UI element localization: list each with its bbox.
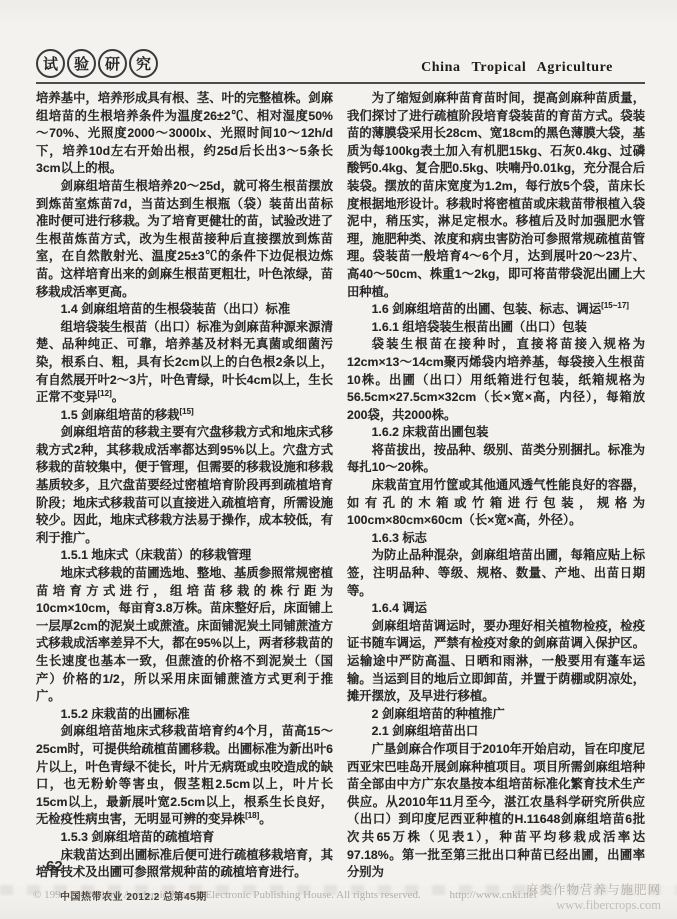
paragraph: 为防止品种混杂，剑麻组培苗出圃，每箱应贴上标签，注明品种、等级、规格、数量、产地… (347, 547, 645, 600)
logo-circled-char: 究 (129, 49, 158, 78)
page-header: 试验研究 China Tropical Agriculture (36, 36, 645, 78)
section-heading: 1.6.2 床栽苗出圃包装 (347, 424, 645, 442)
right-column: 为了缩短剑麻种苗育苗时间，提高剑麻种苗质量，我们探讨了进行疏植阶段培育袋装苗的育… (347, 90, 645, 882)
paragraph: 剑麻组培苗地床式移栽苗培育约4个月，苗高15～25cm时，可提供给疏植苗圃移栽。… (36, 723, 333, 829)
section-heading: 1.5.1 地床式（床栽苗）的移栽管理 (36, 547, 333, 565)
logo-circled-char: 验 (67, 49, 96, 78)
reference-superscript: [12] (98, 389, 112, 398)
journal-page: 试验研究 China Tropical Agriculture 培养基中，培养形… (0, 0, 677, 919)
section-heading: 2 剑麻组培苗的种植推广 (347, 706, 645, 724)
logo-circled-char: 研 (98, 49, 127, 78)
reference-superscript: [18] (245, 811, 259, 820)
paragraph: 袋装生根苗在接种时，直接将苗接入规格为12cm×13～14cm聚丙烯袋内培养基，… (347, 336, 645, 424)
page-number: 62 (46, 858, 63, 875)
paragraph: 组培袋装生根苗（出口）标准为剑麻苗种源来源清楚、品种纯正、可靠，培养基及材料无真… (36, 319, 333, 407)
watermark: 麻类作物营养与施肥网 www.fibercrops.com (526, 883, 661, 913)
paragraph: 床栽苗宜用竹筐或其他通风透气性能良好的容器，如有孔的木箱或竹箱进行包装，规格为1… (347, 477, 645, 530)
paragraph: 将苗拔出，按品种、级别、苗类分别捆扎。标准为每扎10～20株。 (347, 442, 645, 477)
paragraph: 广垦剑麻合作项目于2010年开始启动，旨在印度尼西亚宋巴哇岛开展剑麻种植项目。项… (347, 741, 645, 882)
left-column: 培养基中，培养形成具有根、茎、叶的完整植株。剑麻组培苗的生根培养条件为温度26±… (36, 90, 333, 882)
paragraph: 为了缩短剑麻种苗育苗时间，提高剑麻种苗质量，我们探讨了进行疏植阶段培育袋装苗的育… (347, 90, 645, 301)
section-heading: 1.5 剑麻组培苗的移栽[15] (36, 407, 333, 425)
logo-circled-char: 试 (36, 49, 65, 78)
paragraph: 培养基中，培养形成具有根、茎、叶的完整植株。剑麻组培苗的生根培养条件为温度26±… (36, 90, 333, 178)
reference-superscript: [15] (179, 407, 193, 416)
paragraph: 剑麻组培苗的移栽主要有穴盘移栽方式和地床式移栽方式2种，其移栽成活率都达到95%… (36, 424, 333, 547)
reference-superscript: [15~17] (601, 301, 629, 310)
paragraph: 剑麻组培苗生根培养20～25d，就可将生根苗摆放到炼苗室炼苗7d，当苗达到生根瓶… (36, 178, 333, 301)
section-heading: 1.6.3 标志 (347, 530, 645, 548)
watermark-site-url: www.fibercrops.com (526, 898, 661, 913)
paragraph: 剑麻组培苗调运时，要办理好相关植物检疫，检疫证书随车调运，严禁有检疫对象的剑麻苗… (347, 618, 645, 706)
section-heading: 1.6.1 组培袋装生根苗出圃（出口）包装 (347, 319, 645, 337)
issue-label: 中国热带农业 2012.2 总第45期 (60, 888, 207, 903)
column-logo: 试验研究 (36, 49, 160, 78)
section-heading: 1.6.4 调运 (347, 600, 645, 618)
watermark-site-name: 麻类作物营养与施肥网 (526, 883, 661, 898)
paragraph: 床栽苗达到出圃标准后便可进行疏植移栽培育，其培育技术及出圃可参照常规种苗的疏植培… (36, 847, 333, 882)
cnki-url: http://www.cnki.net (450, 889, 537, 901)
section-heading: 1.5.2 床栽苗的出圃标准 (36, 706, 333, 724)
section-heading: 1.4 剑麻组培苗的生根袋装苗（出口）标准 (36, 301, 333, 319)
section-heading: 2.1 剑麻组培苗出口 (347, 723, 645, 741)
section-heading: 1.5.3 剑麻组培苗的疏植培育 (36, 829, 333, 847)
section-heading: 1.6 剑麻组培苗的出圃、包装、标志、调运[15~17] (347, 301, 645, 319)
header-rule (36, 82, 645, 84)
journal-name: China Tropical Agriculture (421, 60, 645, 78)
paragraph: 地床式移栽的苗圃选地、整地、基质参照常规密植苗培育方式进行，组培苗移栽的株行距为… (36, 565, 333, 706)
